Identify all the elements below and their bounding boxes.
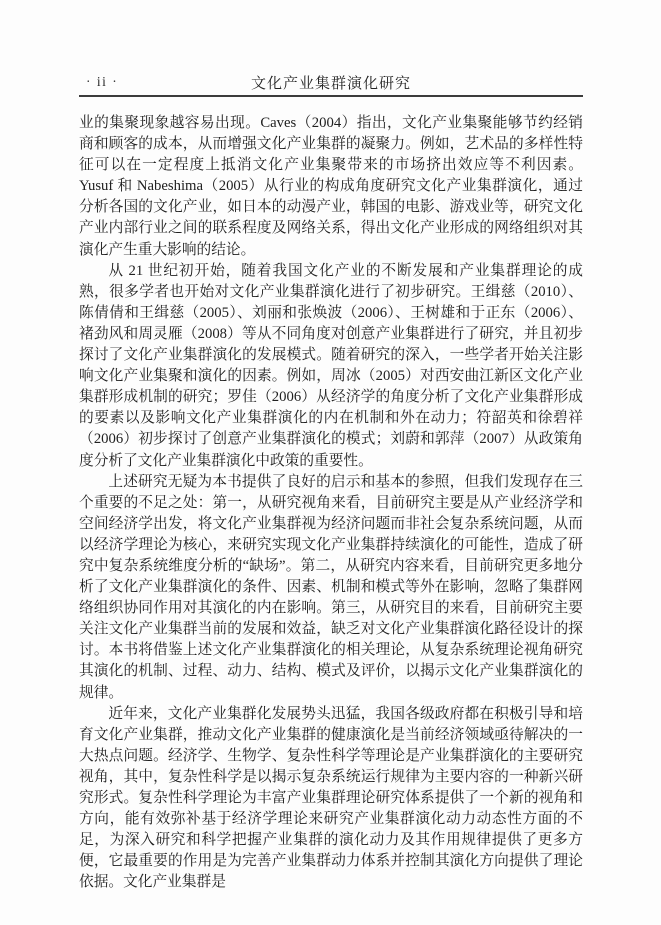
- body-paragraph: 上述研究无疑为本书提供了良好的启示和基本的参照，但我们发现存在三个重要的不足之处…: [79, 472, 583, 704]
- page-header: · ii · 文化产业集群演化研究: [79, 72, 583, 94]
- header-rule: [79, 95, 583, 97]
- page-number: · ii ·: [86, 74, 118, 90]
- page-body: 业的集聚现象越容易出现。Caves（2004）指出，文化产业集聚能够节约经销商和…: [79, 113, 583, 893]
- running-title: 文化产业集群演化研究: [79, 72, 583, 93]
- body-paragraph: 近年来，文化产业集群化发展势头迅猛，我国各级政府都在积极引导和培育文化产业集群，…: [79, 704, 583, 894]
- body-paragraph-continuation: 业的集聚现象越容易出现。Caves（2004）指出，文化产业集聚能够节约经销商和…: [79, 113, 583, 261]
- book-page: · ii · 文化产业集群演化研究 业的集聚现象越容易出现。Caves（2004…: [0, 0, 661, 925]
- body-paragraph: 从 21 世纪初开始，随着我国文化产业的不断发展和产业集群理论的成熟，很多学者也…: [79, 261, 583, 472]
